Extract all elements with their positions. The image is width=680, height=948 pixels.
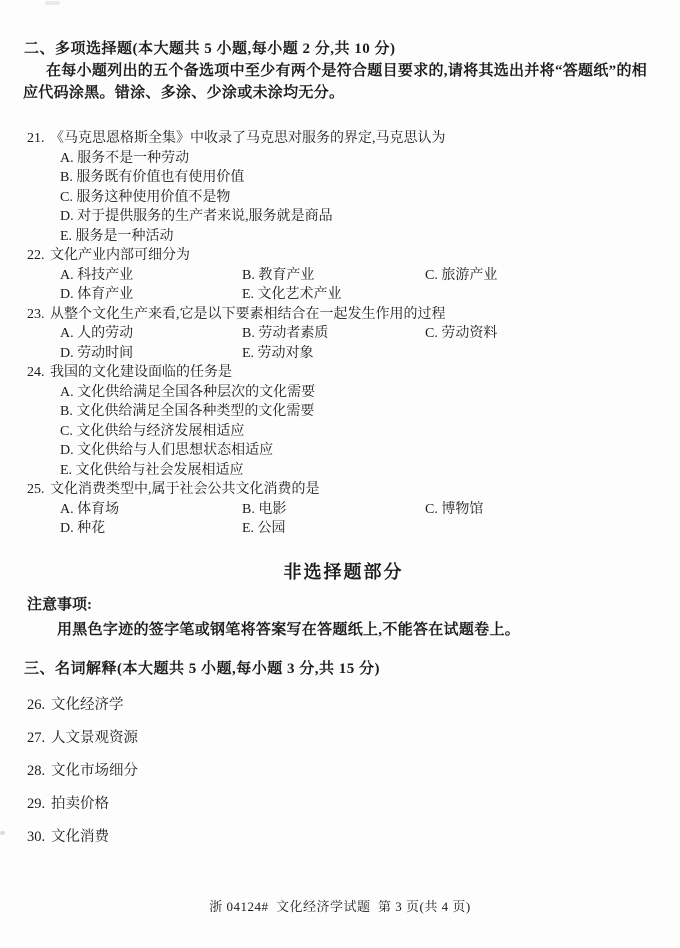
definition-item-29: 29.拍卖价格 xyxy=(27,794,660,814)
option-c: C. 劳动资料 xyxy=(425,324,660,344)
option-e: E. 服务是一种活动 xyxy=(60,227,660,247)
options-grid: A. 体育场 B. 电影 C. 博物馆 D. 种花 E. 公园 xyxy=(60,500,660,539)
option-c: C. 博物馆 xyxy=(425,500,660,520)
question-21: 21.《马克思恩格斯全集》中收录了马克思对服务的界定,马克思认为 A. 服务不是… xyxy=(27,129,660,246)
question-stem-text: 我国的文化建设面临的任务是 xyxy=(50,365,232,380)
option-a: A. 服务不是一种劳动 xyxy=(60,149,660,169)
option-e: E. 劳动对象 xyxy=(242,344,425,364)
multiple-choice-section-heading: 二、多项选择题(本大题共 5 小题,每小题 2 分,共 10 分) xyxy=(24,0,660,60)
item-number: 28. xyxy=(27,761,51,781)
option-a: A. 体育场 xyxy=(60,500,242,520)
option-d: D. 体育产业 xyxy=(60,285,242,305)
option-a: A. 人的劳动 xyxy=(60,324,242,344)
notice-body: 用黑色字迹的签字笔或钢笔将答案写在答题纸上,不能答在试题卷上。 xyxy=(57,619,660,641)
options-list: A. 服务不是一种劳动 B. 服务既有价值也有使用价值 C. 服务这种使用价值不… xyxy=(60,149,660,247)
question-22: 22.文化产业内部可细分为 A. 科技产业 B. 教育产业 C. 旅游产业 D.… xyxy=(27,246,660,305)
option-a: A. 科技产业 xyxy=(60,266,242,286)
question-stem: 24.我国的文化建设面临的任务是 xyxy=(27,363,660,383)
question-number: 21. xyxy=(27,129,50,149)
option-d: D. 种花 xyxy=(60,519,242,539)
multiple-choice-instructions: 在每小题列出的五个备选项中至少有两个是符合题目要求的,请将其选出并将“答题纸”的… xyxy=(23,60,659,104)
exam-paper-page: 二、多项选择题(本大题共 5 小题,每小题 2 分,共 10 分) 在每小题列出… xyxy=(0,0,680,948)
option-d: D. 劳动时间 xyxy=(60,344,242,364)
option-e: E. 文化艺术产业 xyxy=(242,285,425,305)
options-grid: A. 人的劳动 B. 劳动者素质 C. 劳动资料 D. 劳动时间 E. 劳动对象 xyxy=(60,324,660,363)
option-c: C. 旅游产业 xyxy=(425,266,660,286)
item-term: 拍卖价格 xyxy=(51,796,109,812)
question-number: 23. xyxy=(27,305,50,325)
question-stem-text: 《马克思恩格斯全集》中收录了马克思对服务的界定,马克思认为 xyxy=(50,131,446,146)
item-number: 29. xyxy=(27,794,51,814)
question-list: 21.《马克思恩格斯全集》中收录了马克思对服务的界定,马克思认为 A. 服务不是… xyxy=(27,129,660,539)
scan-artifact xyxy=(45,1,60,5)
option-b: B. 服务既有价值也有使用价值 xyxy=(60,168,660,188)
option-b: B. 文化供给满足全国各种类型的文化需要 xyxy=(60,402,660,422)
option-e: E. 公园 xyxy=(242,519,425,539)
option-c: C. 文化供给与经济发展相适应 xyxy=(60,422,660,442)
non-multiple-choice-divider: 非选择题部分 xyxy=(27,561,660,583)
definition-item-27: 27.人文景观资源 xyxy=(27,728,660,748)
question-stem: 25.文化消费类型中,属于社会公共文化消费的是 xyxy=(27,480,660,500)
notice-title: 注意事项: xyxy=(27,594,660,616)
question-23: 23.从整个文化生产来看,它是以下要素相结合在一起发生作用的过程 A. 人的劳动… xyxy=(27,305,660,364)
definitions-section-heading: 三、名词解释(本大题共 5 小题,每小题 3 分,共 15 分) xyxy=(24,658,660,680)
question-stem: 22.文化产业内部可细分为 xyxy=(27,246,660,266)
options-list: A. 文化供给满足全国各种层次的文化需要 B. 文化供给满足全国各种类型的文化需… xyxy=(60,383,660,481)
item-term: 文化消费 xyxy=(51,829,109,845)
options-grid: A. 科技产业 B. 教育产业 C. 旅游产业 D. 体育产业 E. 文化艺术产… xyxy=(60,266,660,305)
question-25: 25.文化消费类型中,属于社会公共文化消费的是 A. 体育场 B. 电影 C. … xyxy=(27,480,660,539)
question-stem-text: 从整个文化生产来看,它是以下要素相结合在一起发生作用的过程 xyxy=(50,307,446,322)
item-number: 27. xyxy=(27,728,51,748)
option-b: B. 教育产业 xyxy=(242,266,425,286)
question-stem-text: 文化消费类型中,属于社会公共文化消费的是 xyxy=(50,482,320,497)
page-footer: 浙 04124# 文化经济学试题 第 3 页(共 4 页) xyxy=(0,898,680,916)
item-number: 26. xyxy=(27,695,51,715)
scan-artifact xyxy=(0,831,5,835)
item-term: 文化市场细分 xyxy=(51,763,138,779)
definition-item-28: 28.文化市场细分 xyxy=(27,761,660,781)
definition-item-26: 26.文化经济学 xyxy=(27,695,660,715)
option-d: D. 文化供给与人们思想状态相适应 xyxy=(60,441,660,461)
question-stem: 21.《马克思恩格斯全集》中收录了马克思对服务的界定,马克思认为 xyxy=(27,129,660,149)
question-number: 24. xyxy=(27,363,50,383)
question-number: 25. xyxy=(27,480,50,500)
option-b: B. 劳动者素质 xyxy=(242,324,425,344)
option-e: E. 文化供给与社会发展相适应 xyxy=(60,461,660,481)
question-stem-text: 文化产业内部可细分为 xyxy=(50,248,190,263)
option-c: C. 服务这种使用价值不是物 xyxy=(60,188,660,208)
option-d: D. 对于提供服务的生产者来说,服务就是商品 xyxy=(60,207,660,227)
question-stem: 23.从整个文化生产来看,它是以下要素相结合在一起发生作用的过程 xyxy=(27,305,660,325)
option-a: A. 文化供给满足全国各种层次的文化需要 xyxy=(60,383,660,403)
item-number: 30. xyxy=(27,827,51,847)
definition-item-30: 30.文化消费 xyxy=(27,827,660,847)
option-b: B. 电影 xyxy=(242,500,425,520)
question-number: 22. xyxy=(27,246,50,266)
item-term: 文化经济学 xyxy=(51,697,124,713)
item-term: 人文景观资源 xyxy=(51,730,138,746)
question-24: 24.我国的文化建设面临的任务是 A. 文化供给满足全国各种层次的文化需要 B.… xyxy=(27,363,660,480)
